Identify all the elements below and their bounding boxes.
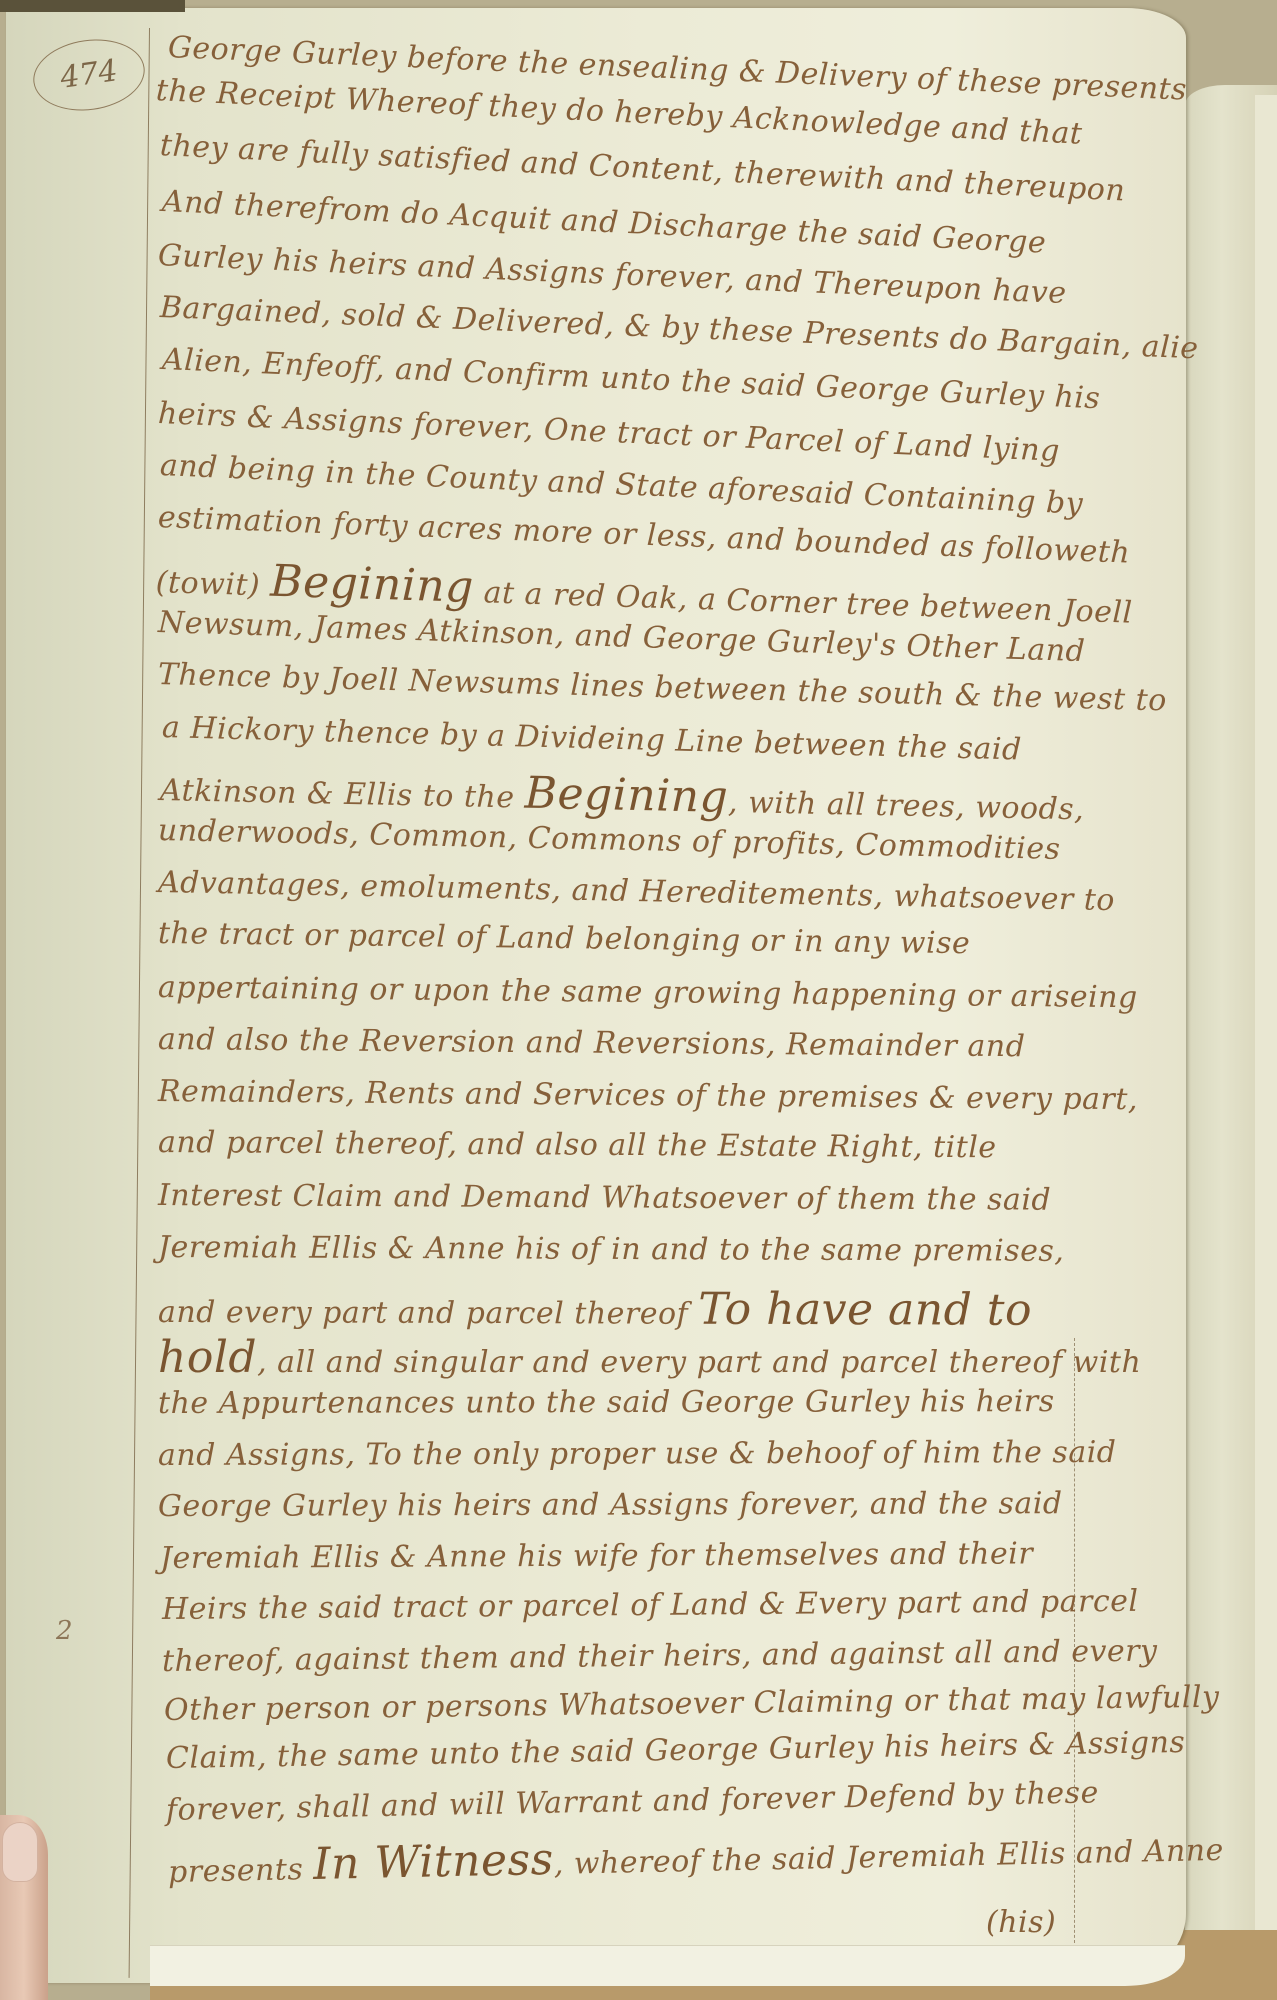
- deed-line: Jeremiah Ellis & Anne his wife for thems…: [160, 1536, 1033, 1576]
- deed-line: the tract or parcel of Land belonging or…: [158, 916, 971, 961]
- deed-line: and parcel thereof, and also all the Est…: [158, 1125, 997, 1165]
- deed-line: Jeremiah Ellis & Anne his of in and to t…: [158, 1230, 1064, 1269]
- deed-line: Interest Claim and Demand Whatsoever of …: [158, 1178, 1051, 1218]
- ledger-page: 474 2 George Gurley before the ensealing…: [6, 8, 1186, 1983]
- deed-line: Other person or persons Whatsoever Claim…: [164, 1680, 1220, 1728]
- margin-rule: [129, 28, 150, 1978]
- page-bottom-curl: [150, 1945, 1185, 1986]
- top-label-strip: [0, 0, 185, 12]
- emphasized-heading-word: Begining: [270, 556, 475, 613]
- deed-line: hold, all and singular and every part an…: [158, 1332, 1141, 1383]
- deed-line: presents In Witness, whereof the said Je…: [167, 1820, 1224, 1893]
- emphasized-heading-word: hold: [158, 1332, 257, 1383]
- emphasized-heading-word: To have and to: [698, 1284, 1032, 1336]
- deed-line: George Gurley his heirs and Assigns fore…: [158, 1486, 1063, 1524]
- deed-line: thereof, against them and their heirs, a…: [162, 1634, 1158, 1679]
- deed-line: forever, shall and will Warrant and fore…: [166, 1775, 1099, 1828]
- deed-line: a Hickory thence by a Divideing Line bet…: [162, 710, 1023, 767]
- deed-line: the Appurtenances unto the said George G…: [158, 1384, 1055, 1421]
- adjacent-page-edge: [1255, 95, 1277, 2000]
- deed-line: Advantages, emoluments, and Hereditement…: [158, 865, 1116, 918]
- emphasized-heading-word: In Witness: [313, 1834, 554, 1890]
- deed-line: appertaining or upon the same growing ha…: [158, 970, 1138, 1015]
- finger-nail: [2, 1822, 38, 1882]
- margin-mark: 2: [56, 1616, 73, 1646]
- deed-line: Remainders, Rents and Services of the pr…: [158, 1074, 1138, 1117]
- deed-line: and every part and parcel thereof To hav…: [158, 1282, 1032, 1336]
- emphasized-heading-word: Begining: [524, 768, 729, 823]
- page-number: 474: [29, 33, 150, 118]
- deed-line: (his): [986, 1905, 1056, 1940]
- deed-line: and also the Reversion and Reversions, R…: [158, 1022, 1026, 1064]
- deed-line: and Assigns, To the only proper use & be…: [158, 1435, 1117, 1473]
- deed-line: Claim, the same unto the said George Gur…: [166, 1725, 1186, 1776]
- deed-line: Heirs the said tract or parcel of Land &…: [162, 1584, 1139, 1627]
